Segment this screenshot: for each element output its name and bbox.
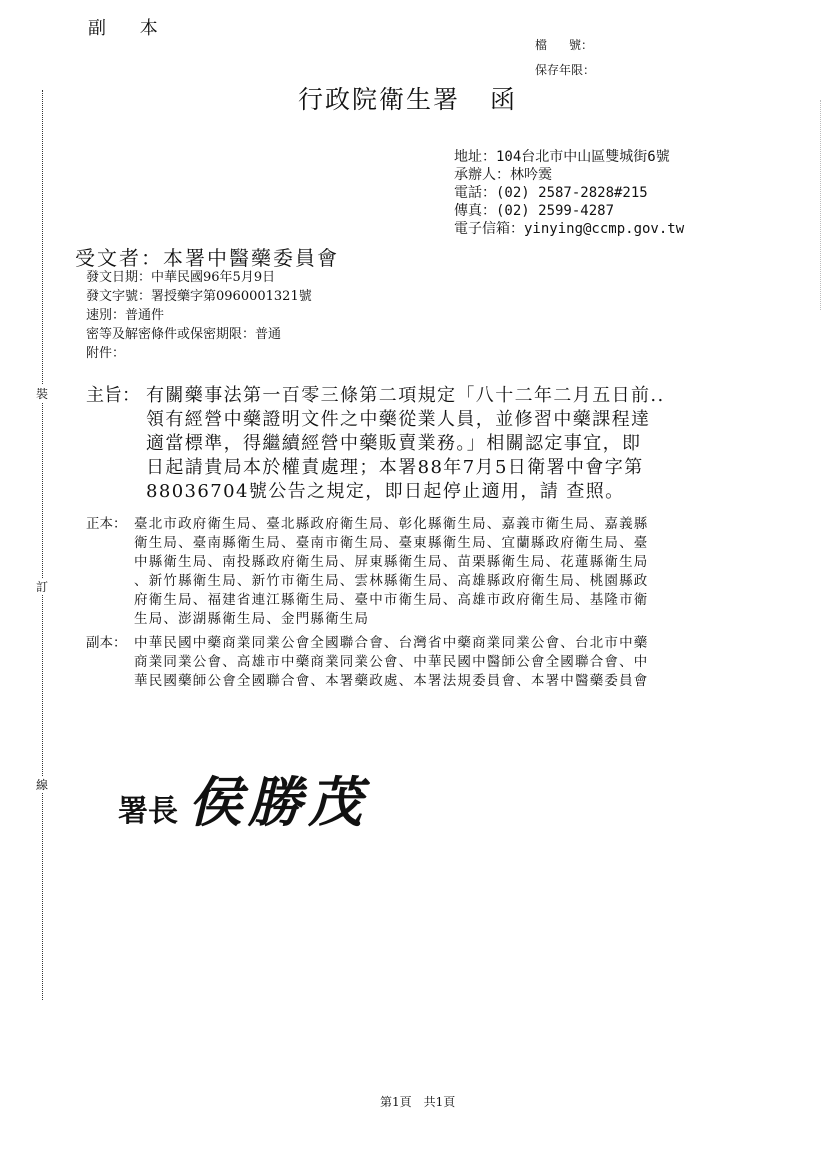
issue-date: 發文日期：中華民國96年5月9日 [86,268,312,287]
address: 地址：104台北市中山區雙城街6號 [454,148,684,166]
subject-line: 88036704號公告之規定，即日起停止適用，請 查照。 [146,480,706,504]
copy-mark: 副 本 [88,14,172,40]
recipient: 受文者：本署中醫藥委員會 [75,242,339,271]
document-meta: 發文日期：中華民國96年5月9日 發文字號：署授藥字第0960001321號 速… [86,268,312,363]
copies-section: 副本： 中華民國中藥商業同業公會全國聯合會、台灣省中藥商業同業公會、台北市中藥 … [86,634,706,691]
signature: 署長侯勝茂 [118,760,368,837]
document-number: 發文字號：署授藥字第0960001321號 [86,287,312,306]
subject-section: 主旨： 有關藥事法第一百零三條第二項規定「八十二年二月五日前.. 領有經營中藥證… [86,384,706,504]
subject-line: 有關藥事法第一百零三條第二項規定「八十二年二月五日前.. [146,384,706,408]
binding-mark-xian: 線 [36,776,48,793]
binding-line [42,90,43,1000]
signatory-title: 署長 [118,794,178,829]
document-title: 行政院衛生署函 [298,80,517,116]
originals-line: 衛生局、臺南縣衛生局、臺南市衛生局、臺東縣衛生局、宜蘭縣政府衛生局、臺 [134,534,706,553]
phone: 電話：(02) 2587-2828#215 [454,184,684,202]
page-footer: 第1頁共1頁 [380,1093,455,1110]
page-number: 第1頁 [380,1095,412,1109]
copies-line: 華民國藥師公會全國聯合會、本署藥政處、本署法規委員會、本署中醫藥委員會 [134,672,706,691]
copies-line: 中華民國中藥商業同業公會全國聯合會、台灣省中藥商業同業公會、台北市中藥 [134,634,706,653]
originals-line: 、新竹縣衛生局、新竹市衛生局、雲林縣衛生局、高雄縣政府衛生局、桃園縣政 [134,572,706,591]
originals-line: 生局、澎湖縣衛生局、金門縣衛生局 [134,610,706,629]
subject-label: 主旨： [86,384,140,408]
subject-line: 領有經營中藥證明文件之中藥從業人員，並修習中藥課程達 [146,408,706,432]
file-number-label: 檔號： [535,36,593,53]
page-total: 共1頁 [424,1095,456,1109]
copies-label: 副本： [86,634,127,653]
handler: 承辦人：林吟霙 [454,166,684,184]
agency-name: 行政院衛生署 [298,85,460,114]
originals-label: 正本： [86,515,127,534]
originals-line: 府衛生局、福建省連江縣衛生局、臺中市衛生局、高雄市政府衛生局、基隆市衛 [134,591,706,610]
signatory-name: 侯勝茂 [188,770,368,834]
originals-line: 臺北市政府衛生局、臺北縣政府衛生局、彰化縣衛生局、嘉義市衛生局、嘉義縣 [134,515,706,534]
attachments: 附件： [86,344,312,363]
email: 電子信箱：yinying@ccmp.gov.tw [454,220,684,238]
copies-line: 商業同業公會、高雄市中藥商業同業公會、中華民國中醫師公會全國聯合會、中 [134,653,706,672]
fax: 傳真：(02) 2599-4287 [454,202,684,220]
security-level: 密等及解密條件或保密期限：普通 [86,325,312,344]
subject-line: 適當標準，得繼續經營中藥販賣業務。」相關認定事宜，即 [146,432,706,456]
binding-mark-zhuang: 裝 [36,385,48,402]
contact-block: 地址：104台北市中山區雙城街6號 承辦人：林吟霙 電話：(02) 2587-2… [454,148,684,238]
speed-class: 速別：普通件 [86,306,312,325]
document-type: 函 [490,85,517,114]
originals-section: 正本： 臺北市政府衛生局、臺北縣政府衛生局、彰化縣衛生局、嘉義市衛生局、嘉義縣 … [86,515,706,629]
scan-edge-line [820,100,821,310]
subject-line: 日起請貴局本於權責處理；本署88年7月5日衛署中會字第 [146,456,706,480]
retention-label: 保存年限： [535,61,595,78]
originals-line: 中縣衛生局、南投縣政府衛生局、屏東縣衛生局、苗栗縣衛生局、花蓮縣衛生局 [134,553,706,572]
binding-mark-ding: 訂 [36,578,48,595]
